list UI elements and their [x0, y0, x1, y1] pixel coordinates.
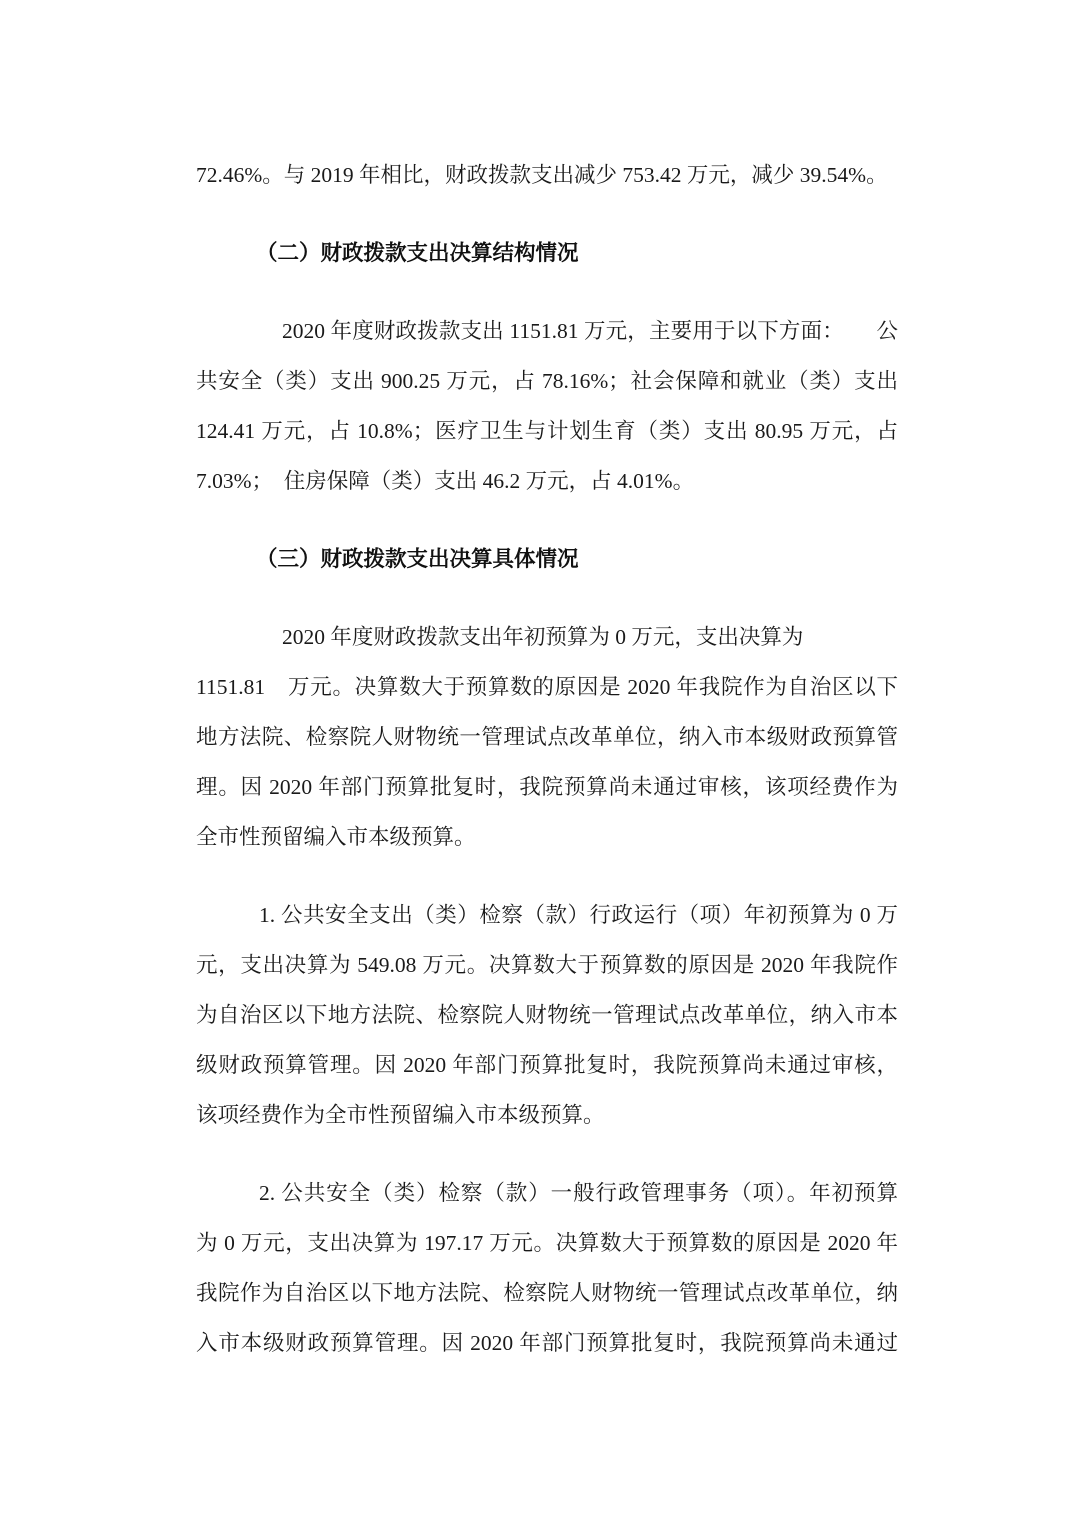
text-line: 72.46%。与 2019 年相比，财政拨款支出减少 753.42 万元，减少 … [196, 150, 898, 200]
page-content: 72.46%。与 2019 年相比，财政拨款支出减少 753.42 万元，减少 … [196, 150, 898, 1396]
text-line: 元，支出决算为 549.08 万元。决算数大于预算数的原因是 2020 年我院作 [196, 940, 898, 990]
paragraph-expenditure-structure: 2020 年度财政拨款支出 1151.81 万元，主要用于以下方面： 公 共安全… [196, 306, 898, 506]
text-line: 1. 公共安全支出（类）检察（款）行政运行（项）年初预算为 0 万 [196, 890, 898, 940]
text-line: 2020 年度财政拨款支出 1151.81 万元，主要用于以下方面： 公 [196, 306, 898, 356]
paragraph-intro-continuation: 72.46%。与 2019 年相比，财政拨款支出减少 753.42 万元，减少 … [196, 150, 898, 200]
text-line: 级财政预算管理。因 2020 年部门预算批复时，我院预算尚未通过审核， [196, 1040, 898, 1090]
document-page: 72.46%。与 2019 年相比，财政拨款支出减少 753.42 万元，减少 … [0, 0, 1074, 1520]
text-line: 为 0 万元，支出决算为 197.17 万元。决算数大于预算数的原因是 2020… [196, 1218, 898, 1268]
paragraph-item-2: 2. 公共安全（类）检察（款）一般行政管理事务（项）。年初预算 为 0 万元，支… [196, 1168, 898, 1368]
text-line: 1151.81 万元。决算数大于预算数的原因是 2020 年我院作为自治区以下 [196, 662, 898, 712]
text-line: 7.03%； 住房保障（类）支出 46.2 万元，占 4.01%。 [196, 456, 898, 506]
text-line: 全市性预留编入市本级预算。 [196, 812, 898, 862]
paragraph-item-1: 1. 公共安全支出（类）检察（款）行政运行（项）年初预算为 0 万 元，支出决算… [196, 890, 898, 1140]
text-line: 124.41 万元，占 10.8%；医疗卫生与计划生育（类）支出 80.95 万… [196, 406, 898, 456]
text-line: 为自治区以下地方法院、检察院人财物统一管理试点改革单位，纳入市本 [196, 990, 898, 1040]
text-line: 地方法院、检察院人财物统一管理试点改革单位，纳入市本级财政预算管 [196, 712, 898, 762]
text-line: 理。因 2020 年部门预算批复时，我院预算尚未通过审核，该项经费作为 [196, 762, 898, 812]
text-line: 2020 年度财政拨款支出年初预算为 0 万元，支出决算为 [196, 612, 898, 662]
text-line: 2. 公共安全（类）检察（款）一般行政管理事务（项）。年初预算 [196, 1168, 898, 1218]
section-heading-2: （二）财政拨款支出决算结构情况 [196, 228, 898, 278]
paragraph-expenditure-detail: 2020 年度财政拨款支出年初预算为 0 万元，支出决算为 1151.81 万元… [196, 612, 898, 862]
text-line: 该项经费作为全市性预留编入市本级预算。 [196, 1090, 898, 1140]
section-heading-3: （三）财政拨款支出决算具体情况 [196, 534, 898, 584]
text-line: 我院作为自治区以下地方法院、检察院人财物统一管理试点改革单位，纳 [196, 1268, 898, 1318]
text-line: 入市本级财政预算管理。因 2020 年部门预算批复时，我院预算尚未通过 [196, 1318, 898, 1368]
text-line: 共安全（类）支出 900.25 万元，占 78.16%；社会保障和就业（类）支出 [196, 356, 898, 406]
